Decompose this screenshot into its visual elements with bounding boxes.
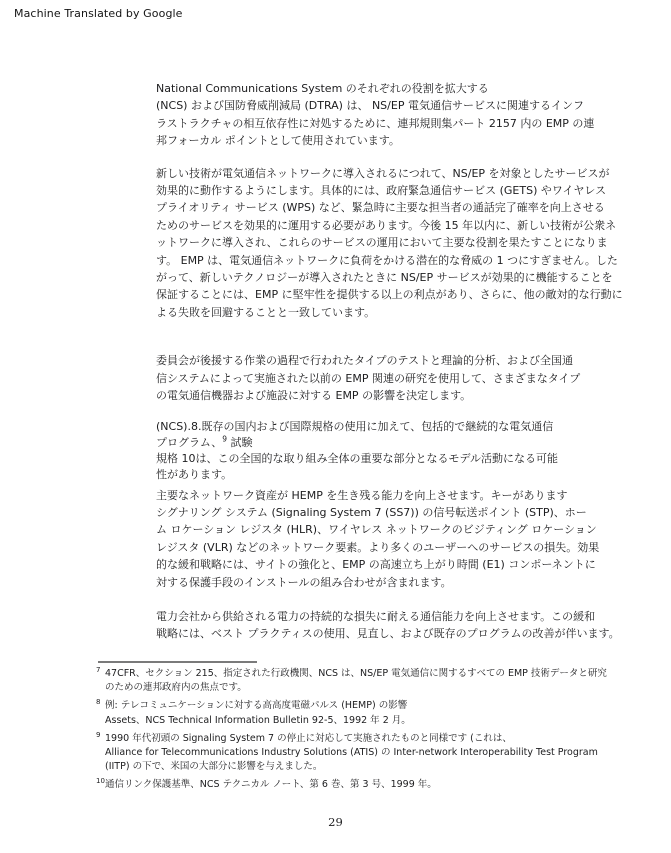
text-line: の電気通信機器および施設に対する EMP の影響を決定します。 xyxy=(156,387,556,404)
text-line: 信システムによって実施された以前の EMP 関連の研究を使用して、さまざまなタイ… xyxy=(156,370,556,387)
text-line: ためのサービスを効果的に運用する必要があります。今後 15 年以内に、新しい技術… xyxy=(156,217,556,234)
text-line: す。 EMP は、電気通信ネットワークに負荷をかける潜在的な脅威の 1 つにすぎ… xyxy=(156,252,556,269)
footnote-line: Assets、NCS Technical Information Bulleti… xyxy=(105,714,616,728)
footnote-separator xyxy=(98,661,257,663)
text-line: (NCS).8.既存の国内および国際規格の使用に加えて、包括的で継続的な電気通信 xyxy=(156,419,556,435)
footnote-9: 91990 年代初頭の Signaling System 7 の停止に対応して実… xyxy=(96,732,616,775)
footnote-10: 10通信リンク保護基準、NCS テクニカル ノート、第 6 巻、第 3 号、19… xyxy=(96,778,616,792)
document-page: Machine Translated by Google National Co… xyxy=(0,0,671,853)
translation-banner: Machine Translated by Google xyxy=(14,7,183,20)
text-line: 効果的に動作するようにします。具体的には、政府緊急通信サービス (GETS) や… xyxy=(156,182,556,199)
footnote-line: 1990 年代初頭の Signaling System 7 の停止に対応して実施… xyxy=(105,733,512,744)
footnote-7: 747CFR、セクション 215、指定された行政機関、NCS は、NS/EP 電… xyxy=(96,667,616,695)
paragraph-power-loss: 電力会社から供給される電力の持続的な損失に耐える通信能力を向上させます。この緩和… xyxy=(156,608,556,643)
text-line: 規格 10は、この全国的な取り組み全体の重要な部分となるモデル活動になる可能 xyxy=(156,451,556,467)
page-number: 29 xyxy=(0,815,671,829)
text-line: National Communications System のそれぞれの役割を… xyxy=(156,80,556,97)
text-line: よる失敗を回避することと一致しています。 xyxy=(156,304,556,321)
paragraph-ncs-role: National Communications System のそれぞれの役割を… xyxy=(156,80,556,150)
text-segment: 試験 xyxy=(227,436,253,449)
footnote-line: Alliance for Telecommunications Industry… xyxy=(105,746,616,760)
text-line: レジスタ (VLR) などのネットワーク要素。より多くのユーザーへのサービスの損… xyxy=(156,539,556,556)
paragraph-new-technology: 新しい技術が電気通信ネットワークに導入されるにつれて、NS/EP を対象としたサ… xyxy=(156,165,556,322)
footnote-line: のための連邦政府内の焦点です。 xyxy=(105,681,616,695)
text-line: 戦略には、ベスト プラクティスの使用、見直し、および既存のプログラムの改善が伴い… xyxy=(156,625,556,642)
text-line: ットワークに導入され、これらのサービスの運用において主要な役割を果たすことになり… xyxy=(156,234,556,251)
text-line: 保証することには、EMP に堅牢性を提供する以上の利点があり、さらに、他の敵対的… xyxy=(156,286,556,303)
text-segment: プログラム、 xyxy=(156,436,222,449)
paragraph-standards-program: (NCS).8.既存の国内および国際規格の使用に加えて、包括的で継続的な電気通信… xyxy=(156,419,556,483)
footnote-line: 例: テレコミュニケーションに対する高高度電磁パルス (HEMP) の影響 xyxy=(105,700,407,711)
text-line: 委員会が後援する作業の過程で行われたタイプのテストと理論的分析、および全国通 xyxy=(156,352,556,369)
text-line-with-footnote-ref: プログラム、9 試験 xyxy=(156,435,556,451)
text-line: 対する保護手段のインストールの組み合わせが含まれます。 xyxy=(156,574,556,591)
footnote-line: 47CFR、セクション 215、指定された行政機関、NCS は、NS/EP 電気… xyxy=(105,668,607,679)
text-line: がって、新しいテクノロジーが導入されたときに NS/EP サービスが効果的に機能… xyxy=(156,269,556,286)
footnote-8: 8例: テレコミュニケーションに対する高高度電磁パルス (HEMP) の影響 A… xyxy=(96,699,616,727)
text-line: 電力会社から供給される電力の持続的な損失に耐える通信能力を向上させます。この緩和 xyxy=(156,608,556,625)
text-line: (NCS) および国防脅威削減局 (DTRA) は、 NS/EP 電気通信サービ… xyxy=(156,97,556,114)
text-line: 的な緩和戦略には、サイトの強化と、EMP の高速立ち上がり時間 (E1) コンポ… xyxy=(156,556,556,573)
text-line: 主要なネットワーク資産が HEMP を生き残る能力を向上させます。キーがあります xyxy=(156,487,556,504)
footnotes-section: 747CFR、セクション 215、指定された行政機関、NCS は、NS/EP 電… xyxy=(96,667,616,797)
text-line: 性があります。 xyxy=(156,467,556,483)
text-line: ム ロケーション レジスタ (HLR)、ワイヤレス ネットワークのビジティング … xyxy=(156,521,556,538)
text-line: シグナリング システム (Signaling System 7 (SS7)) の… xyxy=(156,504,556,521)
footnote-line: 通信リンク保護基準、NCS テクニカル ノート、第 6 巻、第 3 号、1999… xyxy=(105,779,437,790)
text-line: ラストラクチャの相互依存性に対処するために、連邦規則集パート 2157 内の E… xyxy=(156,115,556,132)
document-body: National Communications System のそれぞれの役割を… xyxy=(156,80,556,643)
paragraph-committee-tests: 委員会が後援する作業の過程で行われたタイプのテストと理論的分析、および全国通 信… xyxy=(156,352,556,404)
footnote-line: (IITP) の下で、米国の大部分に影響を与えました。 xyxy=(105,760,616,774)
text-line: プライオリティ サービス (WPS) など、緊急時に主要な担当者の通話完了確率を… xyxy=(156,199,556,216)
text-line: 新しい技術が電気通信ネットワークに導入されるにつれて、NS/EP を対象としたサ… xyxy=(156,165,556,182)
text-line: 邦フォーカル ポイントとして使用されています。 xyxy=(156,132,556,149)
paragraph-network-assets: 主要なネットワーク資産が HEMP を生き残る能力を向上させます。キーがあります… xyxy=(156,487,556,591)
